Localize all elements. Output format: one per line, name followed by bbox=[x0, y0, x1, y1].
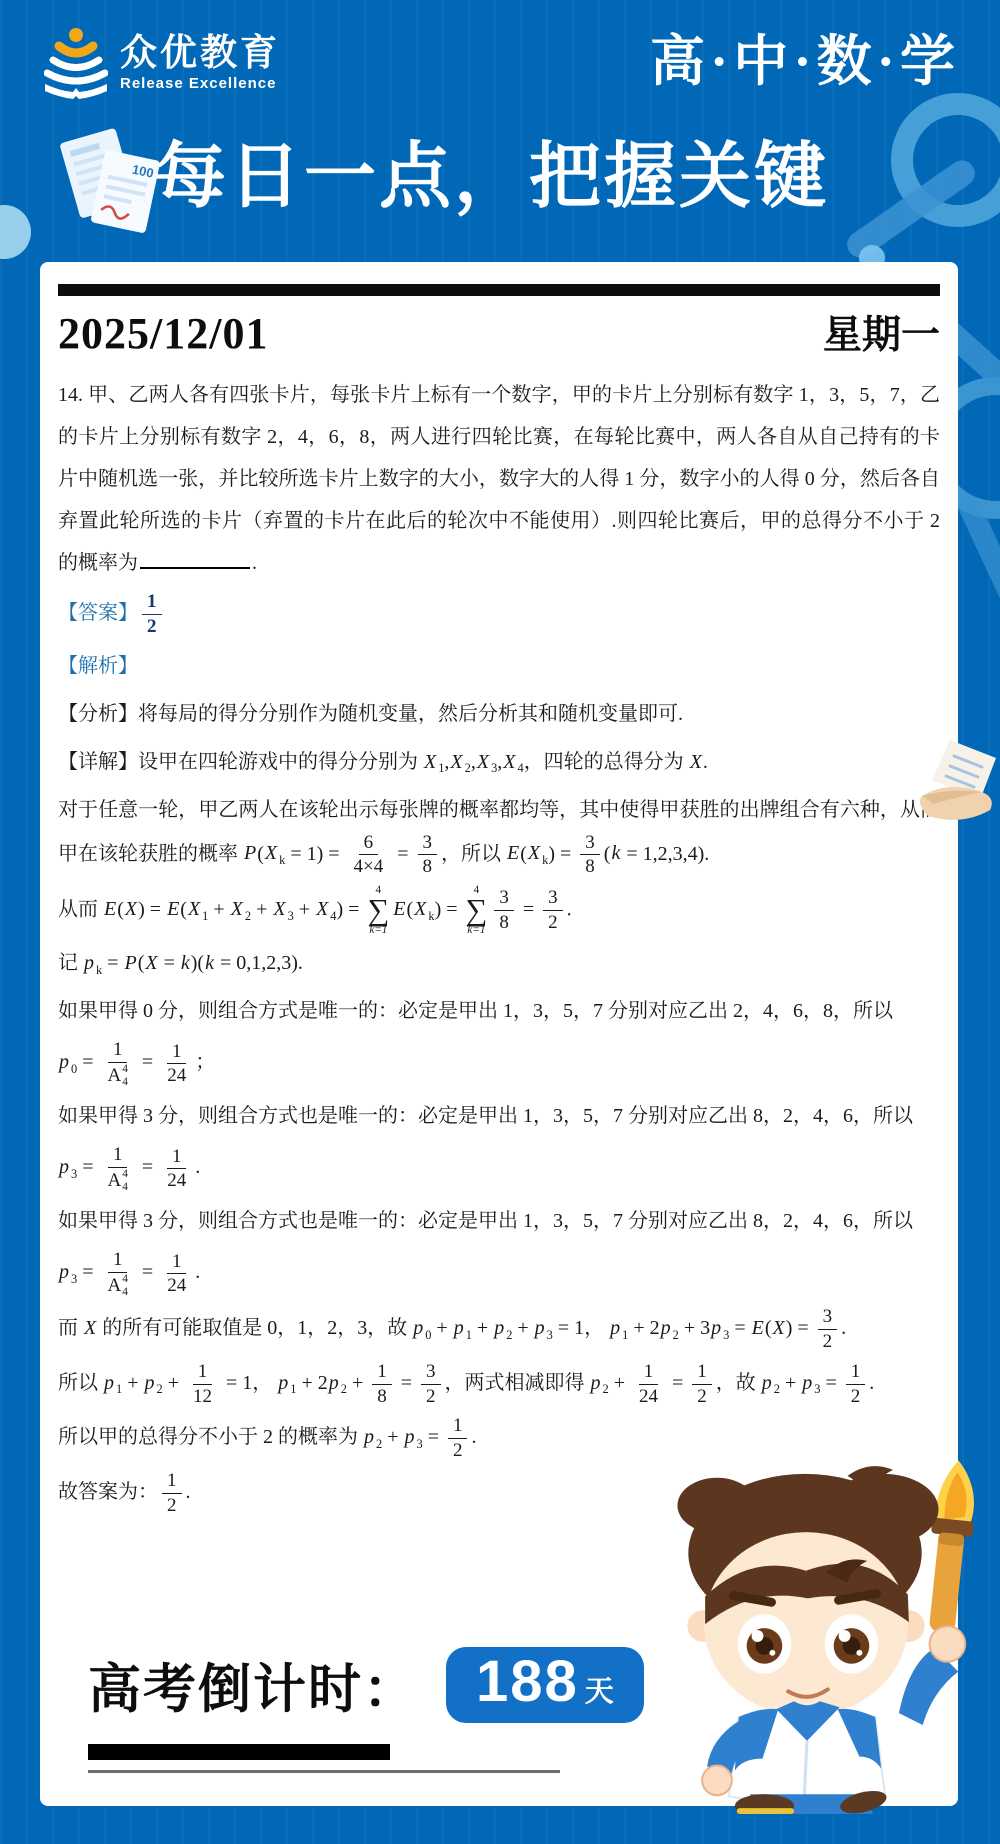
countdown-unit: 天 bbox=[585, 1669, 614, 1710]
detail-line: 【详解】设甲在四轮游戏中的得分分别为 X1,X2,X3,X4，四轮的总得分为 X… bbox=[58, 741, 940, 783]
solution-line: 如果甲得 3 分，则组合方式也是唯一的：必定是甲出 1，3，5，7 分别对应乙出… bbox=[58, 1200, 940, 1242]
date-row: 2025/12/01 星期一 bbox=[58, 304, 940, 360]
solution-line: 对于任意一轮，甲乙两人在该轮出示每张牌的概率都均等，其中使得甲获胜的出牌组合有六… bbox=[58, 789, 940, 880]
solution-line: p3 = 1A44 = 124. bbox=[58, 1248, 940, 1299]
footer-black-bar bbox=[88, 1744, 390, 1760]
answer-line: 【答案】12 bbox=[58, 590, 940, 639]
solution-line: p0 = 1A44 = 124； bbox=[58, 1038, 940, 1089]
top-rule bbox=[58, 284, 940, 296]
subject-title: 高·中·数·学 bbox=[650, 34, 960, 89]
solution-line: 而 X 的所有可能取值是 0，1，2，3，故 p0 + p1 + p2 + p3… bbox=[58, 1305, 940, 1354]
countdown: 高考倒计时： 188 天 bbox=[88, 1647, 644, 1723]
logo-name: 众优教育 bbox=[120, 34, 280, 73]
countdown-label: 高考倒计时： bbox=[88, 1647, 418, 1723]
solution-line: 如果甲得 0 分，则组合方式是唯一的：必定是甲出 1，3，5，7 分别对应乙出 … bbox=[58, 990, 940, 1032]
solution-line: 从而 E(X) = E(X1 + X2 + X3 + X4) = 4∑k=1E(… bbox=[58, 885, 940, 936]
curled-paper-decoration bbox=[920, 738, 1000, 838]
solution-line: 记 pk = P(X = k)(k = 0,1,2,3). bbox=[58, 942, 940, 984]
logo: 众优教育 Release Excellence bbox=[44, 26, 280, 100]
logo-icon bbox=[44, 26, 108, 100]
analysis-line: 【分析】将每局的得分分别作为随机变量，然后分析其和随机变量即可. bbox=[58, 693, 940, 735]
problem-statement: 14. 甲、乙两人各有四张卡片，每张卡片上标有一个数字，甲的卡片上分别标有数字 … bbox=[58, 374, 940, 584]
footer-gray-line bbox=[88, 1770, 560, 1773]
logo-tagline: Release Excellence bbox=[120, 75, 280, 92]
title-row: 100 每日一点，把握关键 bbox=[52, 118, 829, 236]
poster: 众优教育 Release Excellence 高·中·数·学 100 bbox=[0, 0, 1000, 1844]
brush-icon bbox=[921, 1458, 980, 1633]
paper-sheets-illustration: 100 bbox=[52, 118, 160, 236]
analysis-label: 【解析】 bbox=[58, 645, 940, 687]
solution-line: 所以 p1 + p2 + 112 = 1， p1 + 2p2 + 18 = 32… bbox=[58, 1360, 940, 1409]
solution-line: 如果甲得 3 分，则组合方式也是唯一的：必定是甲出 1，3，5，7 分别对应乙出… bbox=[58, 1095, 940, 1137]
main-title: 每日一点，把握关键 bbox=[154, 134, 829, 220]
header: 众优教育 Release Excellence 高·中·数·学 bbox=[44, 26, 960, 100]
solution-line: p3 = 1A44 = 124. bbox=[58, 1143, 940, 1194]
mascot-boy bbox=[612, 1458, 1000, 1814]
solution-body: 14. 甲、乙两人各有四张卡片，每张卡片上标有一个数字，甲的卡片上分别标有数字 … bbox=[58, 374, 940, 1517]
logo-text: 众优教育 Release Excellence bbox=[120, 34, 280, 92]
solution-line: 所以甲的总得分不小于 2 的概率为 p2 + p3 = 12. bbox=[58, 1414, 940, 1463]
weekday: 星期一 bbox=[823, 304, 940, 360]
countdown-days: 188 bbox=[476, 1653, 579, 1711]
date: 2025/12/01 bbox=[58, 308, 268, 359]
